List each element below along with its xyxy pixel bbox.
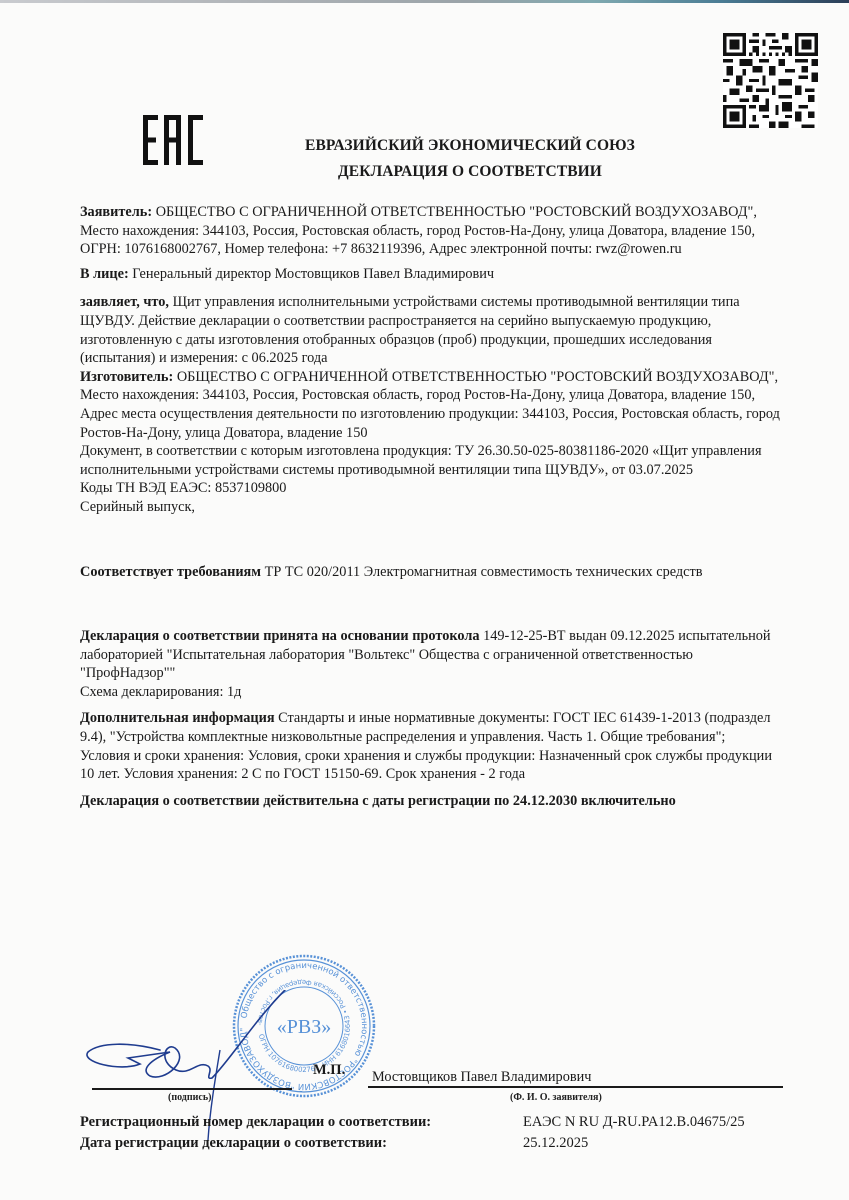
declares-text: Щит управления исполнительными устройств… xyxy=(80,294,740,366)
declares-label: заявляет, что, xyxy=(80,294,169,310)
conformity-paragraph: Соответствует требованиям ТР ТС 020/2011… xyxy=(80,563,780,582)
manufacturer-text: ОБЩЕСТВО С ОГРАНИЧЕННОЙ ОТВЕТСТВЕННОСТЬЮ… xyxy=(80,369,780,441)
applicant-label: Заявитель: xyxy=(80,204,152,220)
scan-edge-strip xyxy=(0,0,849,3)
name-line xyxy=(368,1086,783,1088)
qr-code-icon xyxy=(723,33,818,128)
stamp-place-mark: М.П. xyxy=(313,1062,345,1079)
conformity-label: Соответствует требованиям xyxy=(80,564,261,580)
document-title: ДЕКЛАРАЦИЯ О СООТВЕТСТВИИ xyxy=(230,159,710,185)
storage-conditions: Условия и сроки хранения: Условия, сроки… xyxy=(80,747,780,784)
protocol-paragraph: Декларация о соответствии принята на осн… xyxy=(80,627,780,683)
signature-line xyxy=(92,1088,292,1090)
union-title: ЕВРАЗИЙСКИЙ ЭКОНОМИЧЕСКИЙ СОЮЗ xyxy=(230,133,710,159)
document-header: ЕВРАЗИЙСКИЙ ЭКОНОМИЧЕСКИЙ СОЮЗ ДЕКЛАРАЦИ… xyxy=(230,133,710,185)
represented-by-label: В лице: xyxy=(80,266,129,282)
manufacturer-paragraph: Изготовитель: ОБЩЕСТВО С ОГРАНИЧЕННОЙ ОТ… xyxy=(80,368,780,442)
represented-by-text: Генеральный директор Мостовщиков Павел В… xyxy=(132,266,494,282)
registration-number-value: ЕАЭС N RU Д-RU.PA12.B.04675/25 xyxy=(523,1112,745,1132)
signature-caption: (подпись) xyxy=(168,1092,211,1103)
tn-ved-codes: Коды ТН ВЭД ЕАЭС: 8537109800 xyxy=(80,479,780,498)
declares-paragraph: заявляет, что, Щит управления исполнител… xyxy=(80,293,780,367)
registration-date-label: Дата регистрации декларации о соответств… xyxy=(80,1133,387,1153)
applicant-paragraph: Заявитель: ОБЩЕСТВО С ОГРАНИЧЕННОЙ ОТВЕТ… xyxy=(80,203,780,259)
document-basis: Документ, в соответствии с которым изгот… xyxy=(80,442,780,479)
manufacturer-label: Изготовитель: xyxy=(80,369,173,385)
registration-date-value: 25.12.2025 xyxy=(523,1133,588,1153)
validity-statement: Декларация о соответствии действительна … xyxy=(80,792,780,811)
represented-by-paragraph: В лице: Генеральный директор Мостовщиков… xyxy=(80,265,780,284)
eac-logo-icon xyxy=(143,115,203,165)
declaration-scheme: Схема декларирования: 1д xyxy=(80,683,780,702)
additional-info-label: Дополнительная информация xyxy=(80,710,275,726)
name-caption: (Ф. И. О. заявителя) xyxy=(510,1092,602,1103)
conformity-text: ТР ТС 020/2011 Электромагнитная совмести… xyxy=(265,564,703,580)
serial-production: Серийный выпуск, xyxy=(80,498,780,517)
additional-info-paragraph: Дополнительная информация Стандарты и ин… xyxy=(80,709,780,746)
signer-name: Мостовщиков Павел Владимирович xyxy=(372,1069,591,1086)
protocol-label: Декларация о соответствии принята на осн… xyxy=(80,628,480,644)
declaration-body: Заявитель: ОБЩЕСТВО С ОГРАНИЧЕННОЙ ОТВЕТ… xyxy=(80,203,780,810)
registration-number-label: Регистрационный номер декларации о соотв… xyxy=(80,1112,431,1132)
applicant-text: ОБЩЕСТВО С ОГРАНИЧЕННОЙ ОТВЕТСТВЕННОСТЬЮ… xyxy=(80,204,757,257)
